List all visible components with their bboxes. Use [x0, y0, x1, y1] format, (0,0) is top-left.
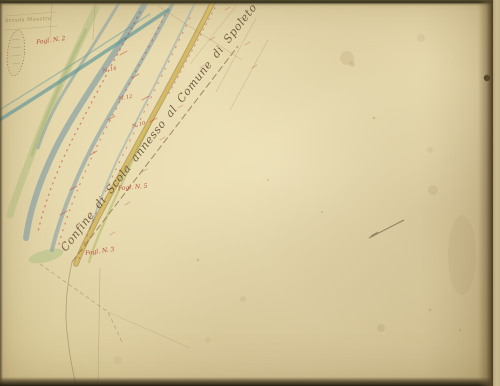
oval-cartouche: [5, 29, 27, 77]
scan-background-strip: [492, 0, 500, 386]
green-wash-group: [10, 8, 196, 266]
scanned-map-sheet: Confine di Scola annesso al Comune di Sp…: [0, 0, 500, 386]
edge-ink-blob: [484, 75, 490, 81]
map-artwork: [0, 0, 500, 386]
